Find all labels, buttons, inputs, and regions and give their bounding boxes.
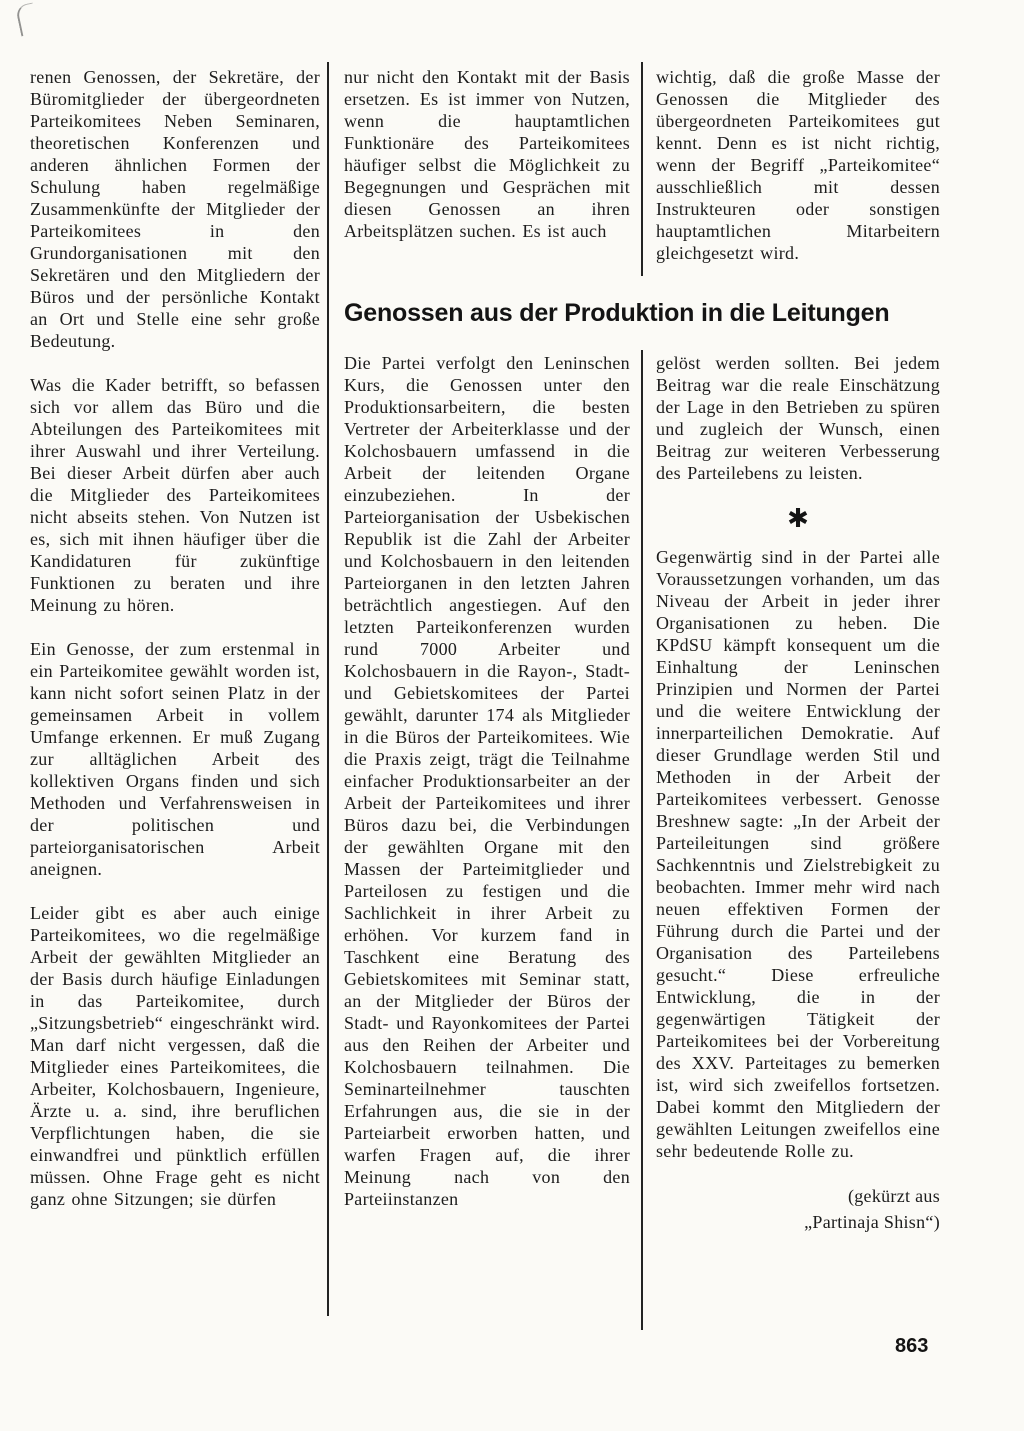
paragraph-continuation: renen Genossen, der Sekretäre, der Bürom… bbox=[30, 66, 320, 352]
section-heading: Genossen aus der Produktion in die Leitu… bbox=[344, 299, 984, 328]
paragraph: Die Partei verfolgt den Leninschen Kurs,… bbox=[344, 352, 630, 1210]
paragraph: Ein Genosse, der zum erstenmal in ein Pa… bbox=[30, 638, 320, 880]
column-divider-left bbox=[327, 62, 329, 1316]
paragraph: Was die Kader betrifft, so befassen sich… bbox=[30, 374, 320, 616]
source-credit-line-2: „Partinaja Shisn“) bbox=[656, 1210, 940, 1234]
paragraph: Leider gibt es aber auch einige Parteiko… bbox=[30, 902, 320, 1210]
source-credit-line-1: (gekürzt aus bbox=[656, 1184, 940, 1208]
paragraph: gelöst werden sollten. Bei jedem Beitrag… bbox=[656, 352, 940, 484]
column-right-top: wichtig, daß die große Masse der Genosse… bbox=[656, 66, 940, 264]
paragraph: Gegenwärtig sind in der Partei alle Vora… bbox=[656, 546, 940, 1162]
column-right-bottom: gelöst werden sollten. Bei jedem Beitrag… bbox=[656, 352, 940, 1234]
scanned-magazine-page: renen Genossen, der Sekretäre, der Bürom… bbox=[0, 0, 1024, 1431]
page-number: 863 bbox=[895, 1335, 928, 1358]
paragraph: nur nicht den Kontakt mit der Basis erse… bbox=[344, 66, 630, 242]
asterisk-separator: ✱ bbox=[656, 506, 940, 532]
column-divider-right-bottom bbox=[641, 350, 643, 1330]
column-divider-right-top bbox=[641, 62, 643, 276]
paragraph: wichtig, daß die große Masse der Genosse… bbox=[656, 66, 940, 264]
column-middle-top: nur nicht den Kontakt mit der Basis erse… bbox=[344, 66, 630, 242]
column-left: renen Genossen, der Sekretäre, der Bürom… bbox=[30, 66, 320, 1210]
scan-artifact bbox=[15, 2, 39, 36]
column-middle-bottom: Die Partei verfolgt den Leninschen Kurs,… bbox=[344, 352, 630, 1210]
